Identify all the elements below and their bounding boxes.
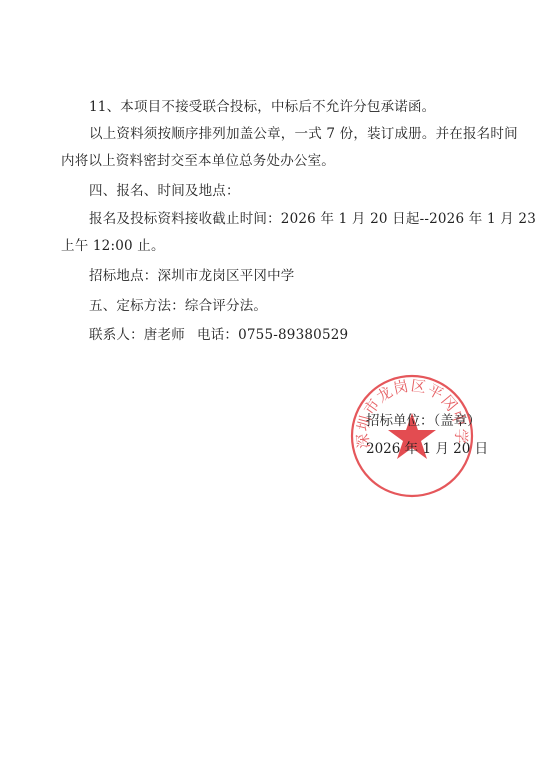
- official-seal-icon: 深圳市龙岗区平冈中学: [349, 373, 475, 499]
- binding-instruction-cont: 内将以上资料密封交至本单位总务处办公室。: [61, 152, 335, 170]
- signature-date: 2026 年 1 月 20 日: [366, 440, 488, 458]
- contact-person: 联系人：唐老师: [89, 326, 185, 344]
- document-page: 11、本项目不接受联合投标，中标后不允许分包承诺函。 以上资料须按顺序排列加盖公…: [0, 0, 542, 768]
- binding-instruction: 以上资料须按顺序排列加盖公章，一式 7 份，装订成册。并在报名时间: [89, 125, 518, 143]
- bidder-unit-label: 招标单位：（盖章）: [366, 412, 481, 430]
- item-11: 11、本项目不接受联合投标，中标后不允许分包承诺函。: [89, 98, 435, 116]
- deadline-text-cont: 上午 12:00 止。: [61, 237, 165, 255]
- deadline-text: 报名及投标资料接收截止时间：2026 年 1 月 20 日起--2026 年 1…: [89, 210, 542, 228]
- contact-phone: 电话：0755-89380529: [197, 326, 348, 344]
- bid-location: 招标地点：深圳市龙岗区平冈中学: [89, 267, 295, 285]
- section-4-heading: 四、报名、时间及地点：: [89, 182, 240, 200]
- section-5-evaluation: 五、定标方法：综合评分法。: [89, 297, 267, 315]
